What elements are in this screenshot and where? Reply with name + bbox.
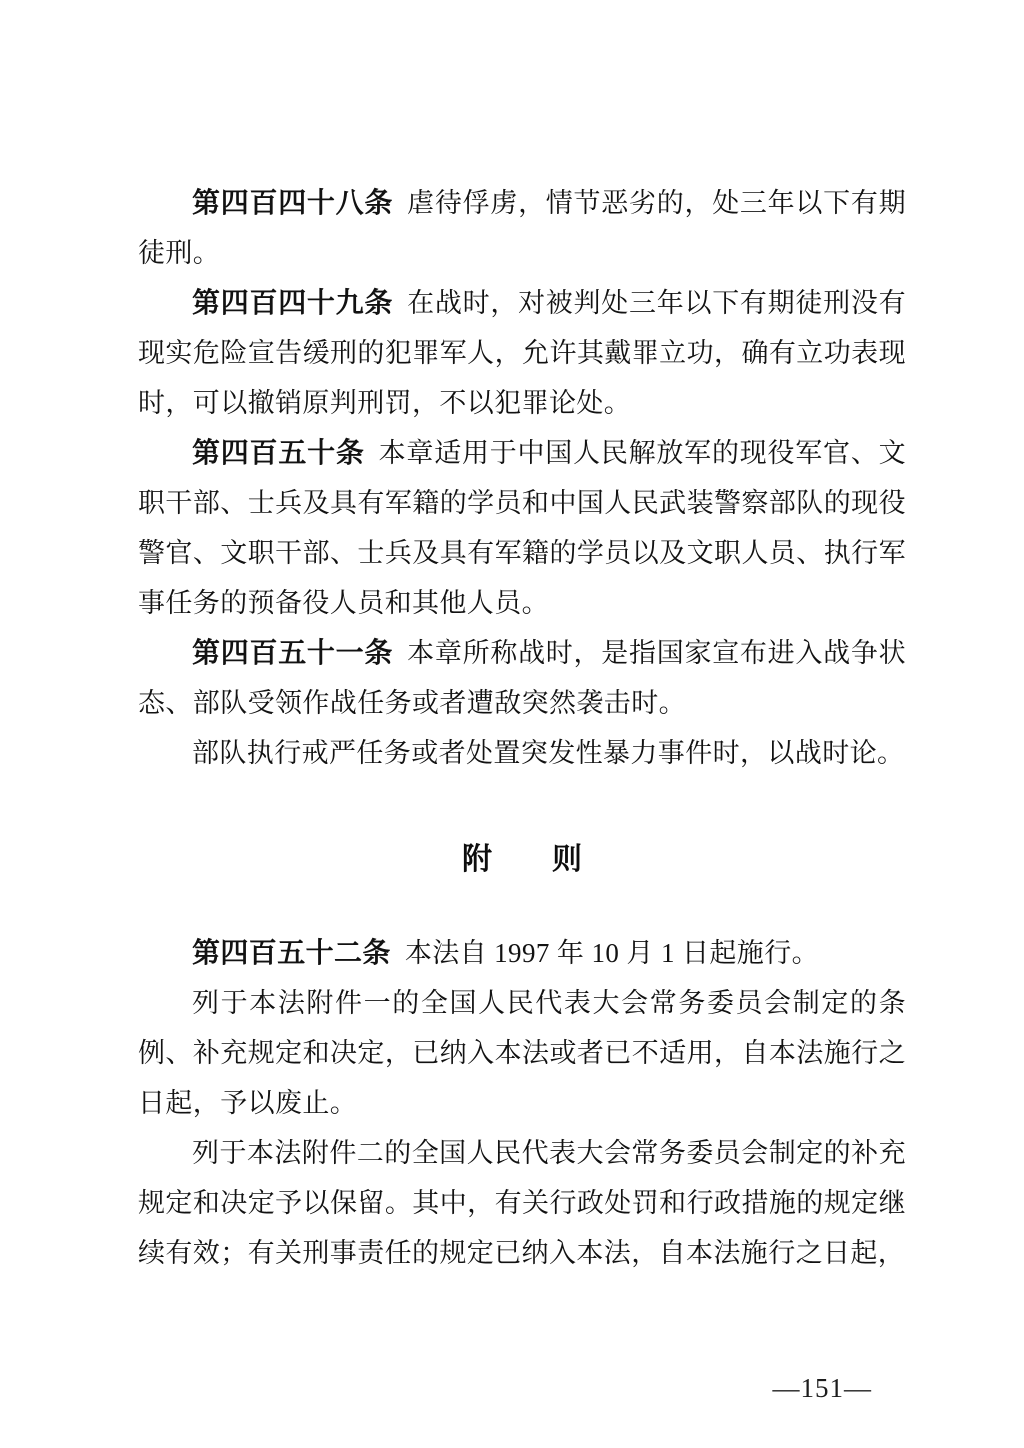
document-page: 第四百四十八条虐待俘虏，情节恶劣的，处三年以下有期徒刑。 第四百四十九条在战时，… xyxy=(0,0,1024,1448)
article-448-number: 第四百四十八条 xyxy=(192,187,393,218)
article-452-text: 本法自 1997 年 10 月 1 日起施行。 xyxy=(405,938,819,968)
article-452-number: 第四百五十二条 xyxy=(192,937,391,968)
article-448-paragraph: 第四百四十八条虐待俘虏，情节恶劣的，处三年以下有期徒刑。 xyxy=(138,178,906,278)
article-450-number: 第四百五十条 xyxy=(192,437,365,468)
article-449-paragraph: 第四百四十九条在战时，对被判处三年以下有期徒刑没有现实危险宣告缓刑的犯罪军人，允… xyxy=(138,278,906,428)
article-451-paragraph-2-text: 部队执行戒严任务或者处置突发性暴力事件时，以战时论。 xyxy=(192,738,904,768)
article-452-paragraph-2-text: 列于本法附件一的全国人民代表大会常务委员会制定的条例、补充规定和决定，已纳入本法… xyxy=(138,988,906,1118)
article-452-paragraph: 第四百五十二条本法自 1997 年 10 月 1 日起施行。 xyxy=(138,928,906,978)
supplementary-provisions-heading: 附 则 xyxy=(138,835,906,885)
article-452-paragraph-2: 列于本法附件一的全国人民代表大会常务委员会制定的条例、补充规定和决定，已纳入本法… xyxy=(138,978,906,1128)
article-449-number: 第四百四十九条 xyxy=(192,287,393,318)
article-451-paragraph: 第四百五十一条本章所称战时，是指国家宣布进入战争状态、部队受领作战任务或者遭敌突… xyxy=(138,628,906,728)
article-451-paragraph-2: 部队执行戒严任务或者处置突发性暴力事件时，以战时论。 xyxy=(138,728,906,778)
page-number: —151— xyxy=(773,1372,873,1404)
article-452-paragraph-3: 列于本法附件二的全国人民代表大会常务委员会制定的补充规定和决定予以保留。其中，有… xyxy=(138,1128,906,1278)
article-451-number: 第四百五十一条 xyxy=(192,637,393,668)
article-450-paragraph: 第四百五十条本章适用于中国人民解放军的现役军官、文职干部、士兵及具有军籍的学员和… xyxy=(138,428,906,628)
article-452-paragraph-3-text: 列于本法附件二的全国人民代表大会常务委员会制定的补充规定和决定予以保留。其中，有… xyxy=(138,1138,906,1268)
page-content: 第四百四十八条虐待俘虏，情节恶劣的，处三年以下有期徒刑。 第四百四十九条在战时，… xyxy=(138,178,906,1278)
